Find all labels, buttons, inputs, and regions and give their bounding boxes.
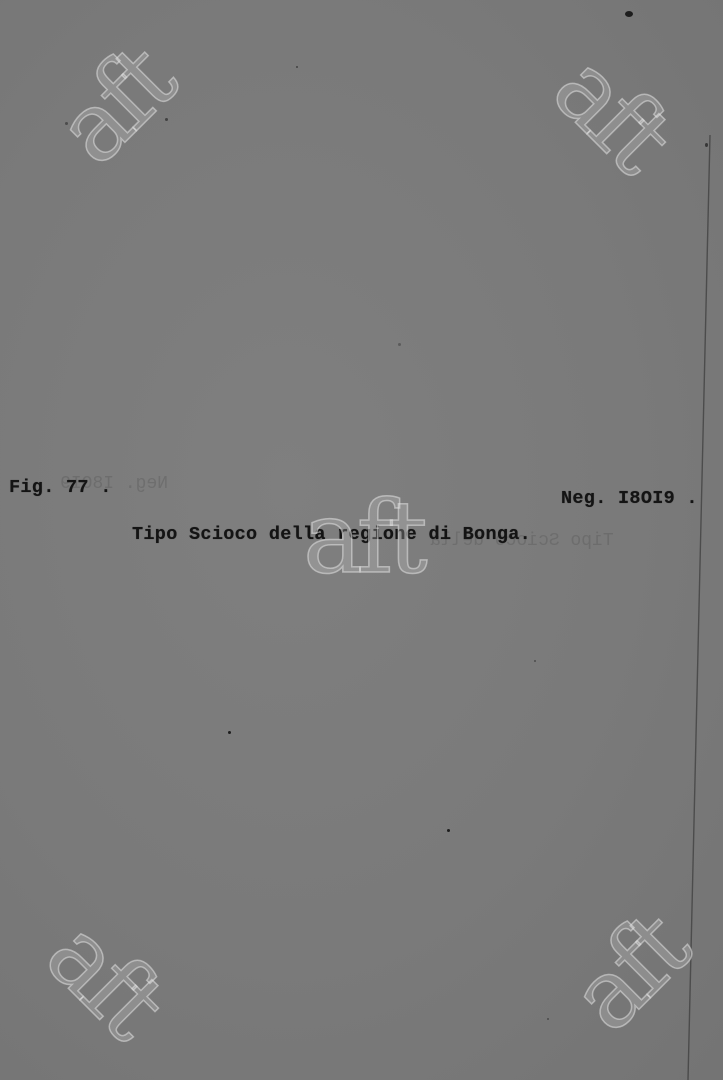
negative-number: Neg. I8OI9 . xyxy=(561,490,698,509)
watermark-bottom-left: aft xyxy=(31,904,179,1052)
dust-speck xyxy=(296,66,298,68)
dust-speck xyxy=(705,143,708,147)
watermark-top-right: aft xyxy=(538,38,686,186)
document-page: Neg. I8OI9 Tipo Scioco della Fig. 77 . N… xyxy=(0,0,723,1080)
watermark-bottom-right: aft xyxy=(555,899,703,1047)
dust-speck xyxy=(398,343,401,346)
watermark-top-left: aft xyxy=(41,32,189,180)
dust-speck xyxy=(547,1018,549,1020)
dust-speck xyxy=(625,11,633,17)
dust-speck xyxy=(165,118,168,121)
dust-speck xyxy=(228,731,231,734)
watermark-center: aft xyxy=(303,488,422,588)
dust-speck xyxy=(447,829,450,832)
figure-label: Fig. 77 . xyxy=(9,479,112,498)
dust-speck xyxy=(534,660,536,662)
dust-speck xyxy=(65,122,68,125)
